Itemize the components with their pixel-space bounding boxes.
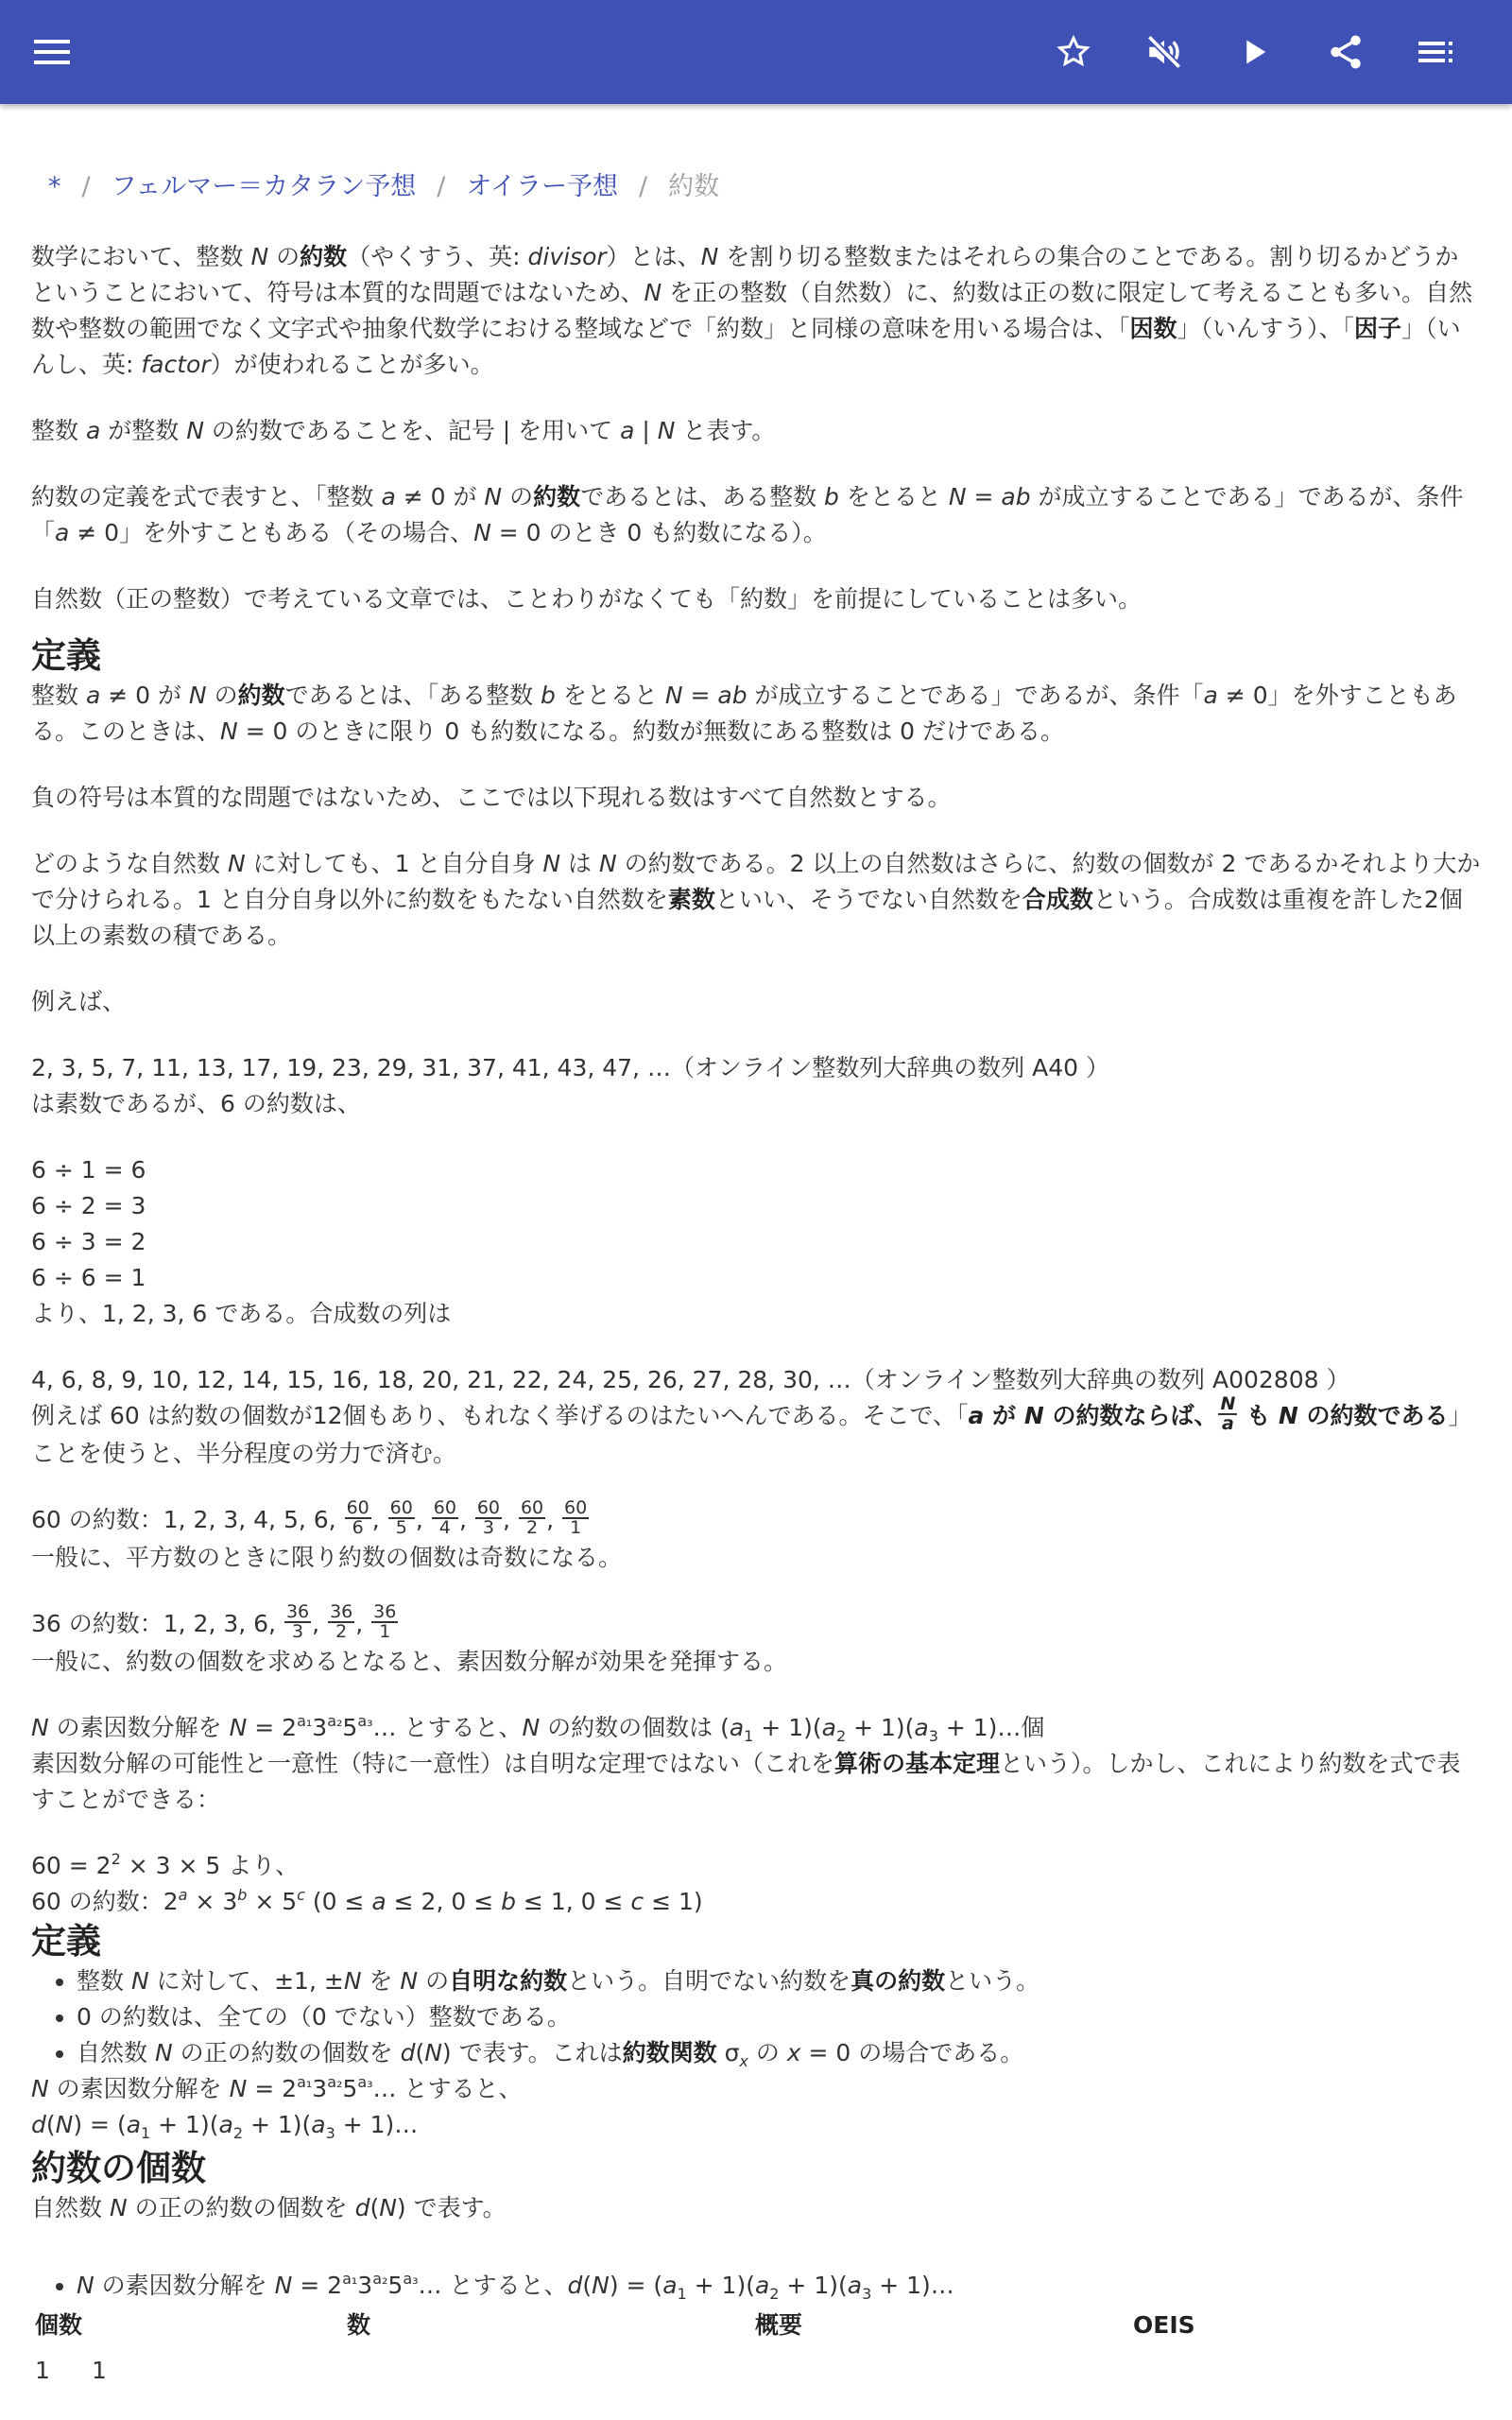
definition-bullet-list: 整数 N に対して、±1, ±N を N の自明な約数という。自明でない約数を真… xyxy=(31,1963,1482,2071)
mute-button[interactable] xyxy=(1138,26,1191,78)
primes-sequence: 2, 3, 5, 7, 11, 13, 17, 19, 23, 29, 31, … xyxy=(31,1050,1482,1086)
section-heading-definition-2: 定義 xyxy=(31,1920,1482,1963)
square-note: 一般に、平方数のときに限り約数の個数は奇数になる。 xyxy=(31,1540,1482,1576)
article-content: */フェルマー＝カタラン予想/オイラー予想/約数 数学において、整数 N の約数… xyxy=(31,161,1482,2389)
breadcrumb-separator: / xyxy=(82,172,91,201)
divisors-of-36: 36 の約数：1, 2, 3, 6, 363, 362, 361 xyxy=(31,1606,1482,1644)
star-outline-icon xyxy=(1055,33,1092,71)
primes-after: は素数であるが、6 の約数は、 xyxy=(31,1086,1482,1122)
prime-composite-paragraph: どのような自然数 N に対しても、1 と自分自身 N は N の約数である。2 … xyxy=(31,846,1482,954)
column-header-oeis: OEIS xyxy=(1133,2308,1195,2343)
breadcrumb-item-euler-conjecture[interactable]: オイラー予想 xyxy=(466,172,618,201)
column-header-count: 個数 xyxy=(31,2308,347,2343)
example-intro: 例えば、 xyxy=(31,984,1482,1020)
composites-after: 例えば 60 は約数の個数が12個もあり、もれなく挙げるのはたいへんである。そこ… xyxy=(31,1398,1482,1472)
menu-icon xyxy=(34,38,70,66)
division-list: 6 ÷ 1 = 6 6 ÷ 2 = 3 6 ÷ 3 = 2 6 ÷ 6 = 1 xyxy=(31,1152,1482,1296)
intro-paragraph: 数学において、整数 N の約数（やくすう、英: divisor）とは、N を割り… xyxy=(31,239,1482,383)
division-line: 6 ÷ 3 = 2 xyxy=(31,1224,1482,1260)
factorization-formula-2: N の素因数分解を N = 2a₁3a₂5a₃… とすると、 xyxy=(31,2071,1482,2107)
divisor-table-header: 個数 数 概要 OEIS xyxy=(31,2308,1482,2343)
formal-definition-paragraph: 約数の定義を式で表すと、「整数 a ≠ 0 が N の約数であるとは、ある整数 … xyxy=(31,479,1482,551)
playlist-icon xyxy=(1418,38,1454,66)
bullet-item: 整数 N に対して、±1, ±N を N の自明な約数という。自明でない約数を真… xyxy=(77,1963,1482,1999)
sixty-factorization: 60 = 22 × 3 × 5 より、 xyxy=(31,1848,1482,1884)
division-line: 6 ÷ 6 = 1 xyxy=(31,1260,1482,1296)
menu-button[interactable] xyxy=(26,26,78,78)
notation-paragraph: 整数 a が整数 N の約数であることを、記号 | を用いて a | N と表す… xyxy=(31,413,1482,449)
app-bar xyxy=(0,0,1512,104)
play-button[interactable] xyxy=(1228,26,1281,78)
share-icon xyxy=(1326,32,1366,72)
breadcrumb-separator: / xyxy=(437,172,445,201)
sixty-divisor-formula: 60 の約数：2a × 3b × 5c (0 ≤ a ≤ 2, 0 ≤ b ≤ … xyxy=(31,1884,1482,1920)
bookmark-button[interactable] xyxy=(1047,26,1100,78)
breadcrumb-item-home[interactable]: * xyxy=(48,172,61,201)
section-heading-divisor-count: 約数の個数 xyxy=(31,2147,1482,2190)
natural-number-note: 自然数（正の整数）で考えている文章では、ことわりがなくても「約数」を前提にしてい… xyxy=(31,581,1482,617)
share-button[interactable] xyxy=(1319,26,1372,78)
factorization-formula: N の素因数分解を N = 2a₁3a₂5a₃… とすると、N の約数の個数は … xyxy=(31,1710,1482,1746)
division-line: 6 ÷ 1 = 6 xyxy=(31,1152,1482,1188)
column-header-summary: 概要 xyxy=(755,2308,1133,2343)
play-icon xyxy=(1241,38,1269,66)
cell-number: 1 xyxy=(92,2353,107,2389)
division-line: 6 ÷ 2 = 3 xyxy=(31,1188,1482,1224)
factorization-note: 一般に、約数の個数を求めるとなると、素因数分解が効果を発揮する。 xyxy=(31,1644,1482,1680)
divisors-of-60: 60 の約数：1, 2, 3, 4, 5, 6, 606, 605, 604, … xyxy=(31,1502,1482,1540)
divisor-count-formula: d(N) = (a1 + 1)(a2 + 1)(a3 + 1)… xyxy=(31,2107,1482,2143)
definition-paragraph: 整数 a ≠ 0 が N の約数であるとは、「ある整数 b をとると N = a… xyxy=(31,678,1482,750)
sign-note-paragraph: 負の符号は本質的な問題ではないため、ここでは以下現れる数はすべて自然数とする。 xyxy=(31,780,1482,816)
volume-off-icon xyxy=(1144,32,1184,72)
toc-button[interactable] xyxy=(1410,26,1463,78)
bullet-item: 自然数 N の正の約数の個数を d(N) で表す。これは約数関数 σx の x … xyxy=(77,2035,1482,2071)
breadcrumb-item-fermat-catalan[interactable]: フェルマー＝カタラン予想 xyxy=(112,172,417,201)
bullet-item: N の素因数分解を N = 2a₁3a₂5a₃… とすると、d(N) = (a1… xyxy=(77,2268,1482,2304)
breadcrumb-separator: / xyxy=(639,172,647,201)
column-header-number: 数 xyxy=(347,2308,755,2343)
bullet-item: 0 の約数は、全ての（0 でない）整数である。 xyxy=(77,1999,1482,2035)
divisor-count-bullet-list: N の素因数分解を N = 2a₁3a₂5a₃… とすると、d(N) = (a1… xyxy=(31,2268,1482,2304)
fundamental-theorem-note: 素因数分解の可能性と一意性（特に一意性）は自明な定理ではない（これを算術の基本定… xyxy=(31,1746,1482,1818)
divisor-count-paragraph: 自然数 N の正の約数の個数を d(N) で表す。 xyxy=(31,2190,1482,2226)
cell-count: 1 xyxy=(31,2353,92,2389)
composites-sequence: 4, 6, 8, 9, 10, 12, 14, 15, 16, 18, 20, … xyxy=(31,1362,1482,1398)
breadcrumb: */フェルマー＝カタラン予想/オイラー予想/約数 xyxy=(31,161,1482,213)
section-heading-definition: 定義 xyxy=(31,634,1482,678)
divisions-after: より、1, 2, 3, 6 である。合成数の列は xyxy=(31,1296,1482,1332)
breadcrumb-item-current: 約数 xyxy=(668,172,719,201)
table-row: 1 1 xyxy=(31,2353,1482,2389)
